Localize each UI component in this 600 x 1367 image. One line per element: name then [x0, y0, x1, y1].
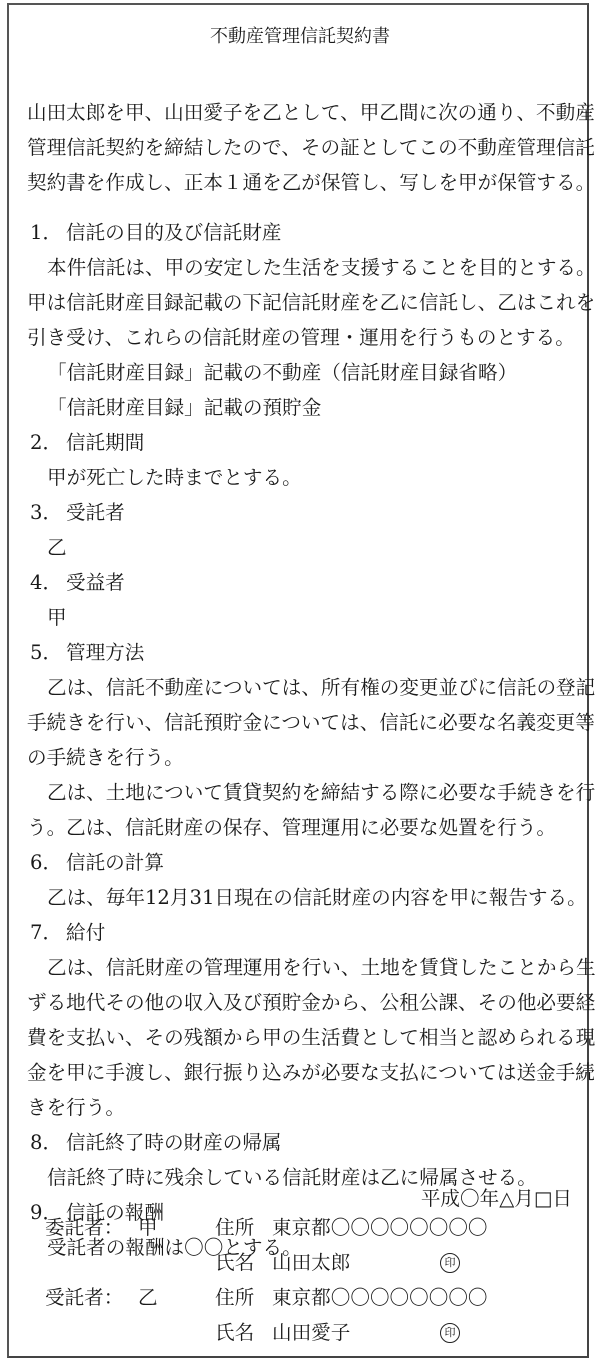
section-title: 信託の計算 [66, 851, 164, 874]
section-heading: 6．信託の計算 [27, 845, 575, 880]
section-number: 1． [30, 215, 66, 250]
section-title: 管理方法 [66, 641, 144, 664]
name-value: 山田太郎 [272, 1245, 350, 1280]
seal-mark: 印 [440, 1323, 460, 1343]
section-number: 4． [30, 565, 66, 600]
section-line: 費を支払い、その残額から甲の生活費として相当と認められる現 [27, 1020, 575, 1055]
address-label: 住所 [215, 1210, 254, 1245]
section-line: 「信託財産目録」記載の不動産（信託財産目録省略） [27, 355, 575, 390]
section-number: 2． [30, 425, 66, 460]
section-line: 乙は、毎年12月31日現在の信託財産の内容を甲に報告する。 [27, 880, 575, 915]
section-line: の手続きを行う。 [27, 740, 575, 775]
signatory-party: 乙 [138, 1280, 158, 1315]
section-line: 金を甲に手渡し、銀行振り込みが必要な支払については送金手続 [27, 1055, 575, 1090]
signatory-role: 受託者： [45, 1280, 123, 1315]
intro-paragraph: 山田太郎を甲、山田愛子を乙として、甲乙間に次の通り、不動産 管理信託契約を締結し… [27, 95, 575, 200]
section-line: 乙は、信託不動産については、所有権の変更並びに信託の登記 [27, 670, 575, 705]
section-number: 6． [30, 845, 66, 880]
document-title: 不動産管理信託契約書 [0, 22, 600, 52]
section-line: 「信託財産目録」記載の預貯金 [27, 390, 575, 425]
section-number: 5． [30, 635, 66, 670]
section-line: 甲が死亡した時までとする。 [27, 460, 575, 495]
address-label: 住所 [215, 1280, 254, 1315]
section-line: 甲は信託財産目録記載の下記信託財産を乙に信託し、乙はこれを [27, 285, 575, 320]
address-value: 東京都〇〇〇〇〇〇〇〇 [272, 1210, 488, 1245]
section-heading: 2．信託期間 [27, 425, 575, 460]
sections-container: 1．信託の目的及び信託財産 本件信託は、甲の安定した生活を支援することを目的とす… [27, 215, 575, 1265]
seal-icon: 印 [440, 1245, 460, 1280]
section-heading: 3．受託者 [27, 495, 575, 530]
section-title: 信託終了時の財産の帰属 [66, 1131, 282, 1154]
section-line: 乙 [27, 530, 575, 565]
section-line: 乙は、信託財産の管理運用を行い、土地を賃貸したことから生 [27, 950, 575, 985]
section-title: 信託期間 [66, 431, 144, 454]
section-heading: 8．信託終了時の財産の帰属 [27, 1125, 575, 1160]
address-value: 東京都〇〇〇〇〇〇〇〇 [272, 1280, 488, 1315]
section-title: 受託者 [66, 501, 125, 524]
section-line: ずる地代その他の収入及び預貯金から、公租公課、その他必要経 [27, 985, 575, 1020]
seal-mark: 印 [440, 1253, 460, 1273]
section-line: 乙は、土地について賃貸契約を締結する際に必要な手続きを行 [27, 775, 575, 810]
section-line: 手続きを行い、信託預貯金については、信託に必要な名義変更等 [27, 705, 575, 740]
intro-line: 契約書を作成し、正本１通を乙が保管し、写しを甲が保管する。 [27, 165, 575, 200]
name-label: 氏名 [215, 1315, 254, 1350]
section-line: 引き受け、これらの信託財産の管理・運用を行うものとする。 [27, 320, 575, 355]
section-line: う。乙は、信託財産の保存、管理運用に必要な処置を行う。 [27, 810, 575, 845]
section-line: 本件信託は、甲の安定した生活を支援することを目的とする。 [27, 250, 575, 285]
section-number: 3． [30, 495, 66, 530]
section-title: 給付 [66, 921, 105, 944]
intro-line: 管理信託契約を締結したので、その証としてこの不動産管理信託 [27, 130, 575, 165]
signatory-role: 委託者： [45, 1210, 123, 1245]
signatory-party: 甲 [138, 1210, 158, 1245]
seal-icon: 印 [440, 1315, 460, 1350]
section-heading: 1．信託の目的及び信託財産 [27, 215, 575, 250]
name-label: 氏名 [215, 1245, 254, 1280]
section-heading: 5．管理方法 [27, 635, 575, 670]
section-number: 8． [30, 1125, 66, 1160]
section-number: 7． [30, 915, 66, 950]
section-heading: 4．受益者 [27, 565, 575, 600]
section-heading: 7．給付 [27, 915, 575, 950]
name-value: 山田愛子 [272, 1315, 350, 1350]
intro-line: 山田太郎を甲、山田愛子を乙として、甲乙間に次の通り、不動産 [27, 95, 575, 130]
section-title: 受益者 [66, 571, 125, 594]
section-line: 甲 [27, 600, 575, 635]
section-title: 信託の目的及び信託財産 [66, 221, 282, 244]
section-line: きを行う。 [27, 1090, 575, 1125]
